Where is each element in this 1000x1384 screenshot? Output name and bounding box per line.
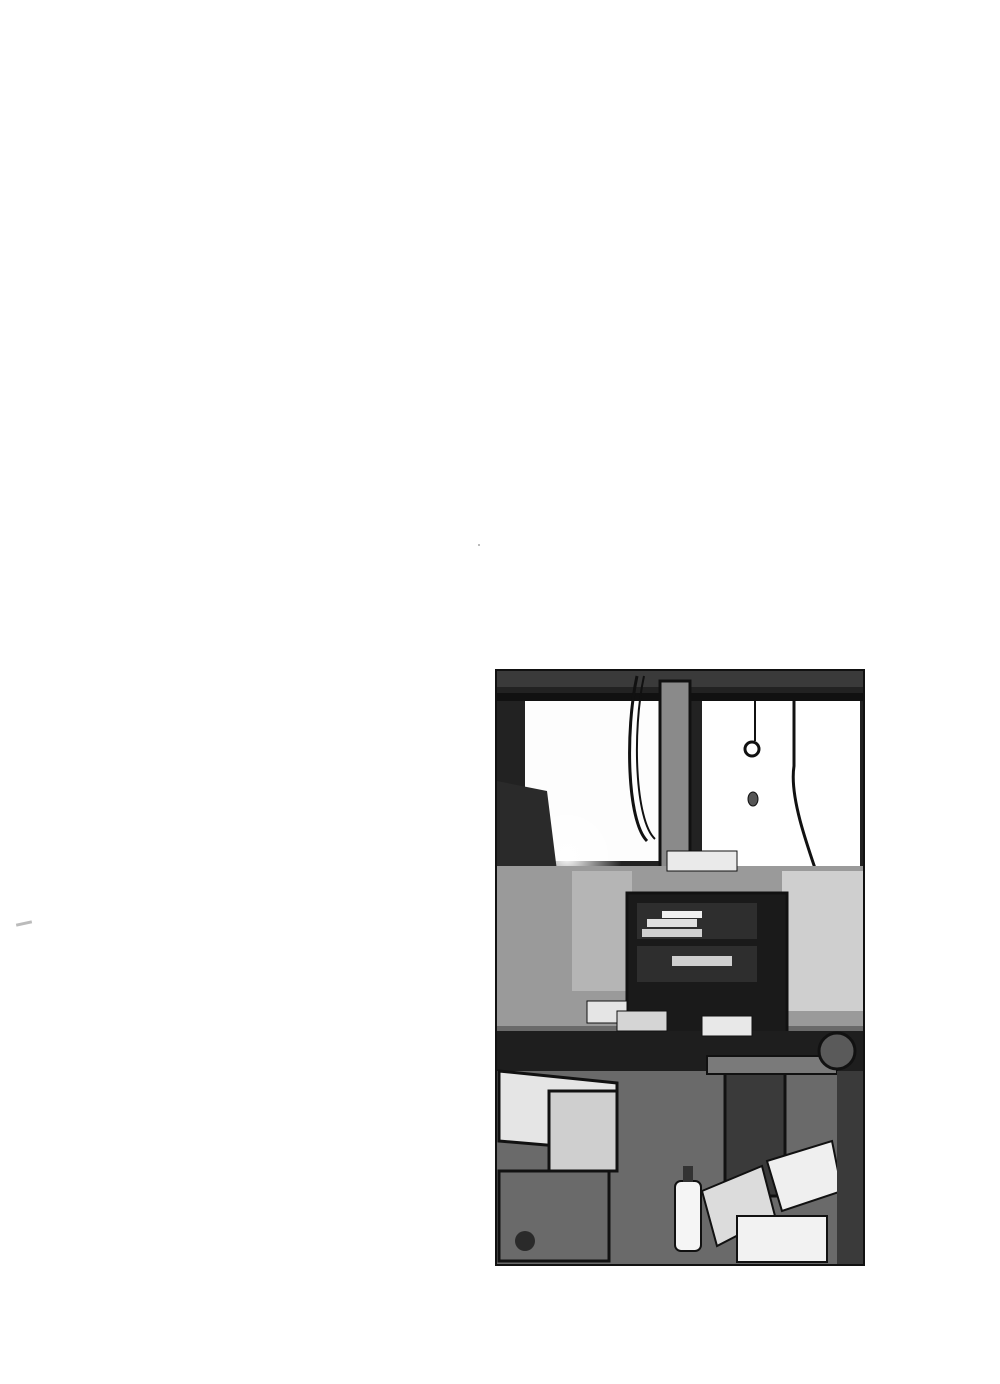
window-right (702, 701, 860, 866)
scan-speck (478, 544, 480, 546)
manga-panel-workshop (495, 669, 865, 1266)
spray-bottle (675, 1181, 701, 1251)
scan-speck (16, 920, 32, 926)
workshop-illustration (497, 671, 863, 1264)
pillar (660, 681, 690, 871)
radio (499, 1171, 609, 1261)
